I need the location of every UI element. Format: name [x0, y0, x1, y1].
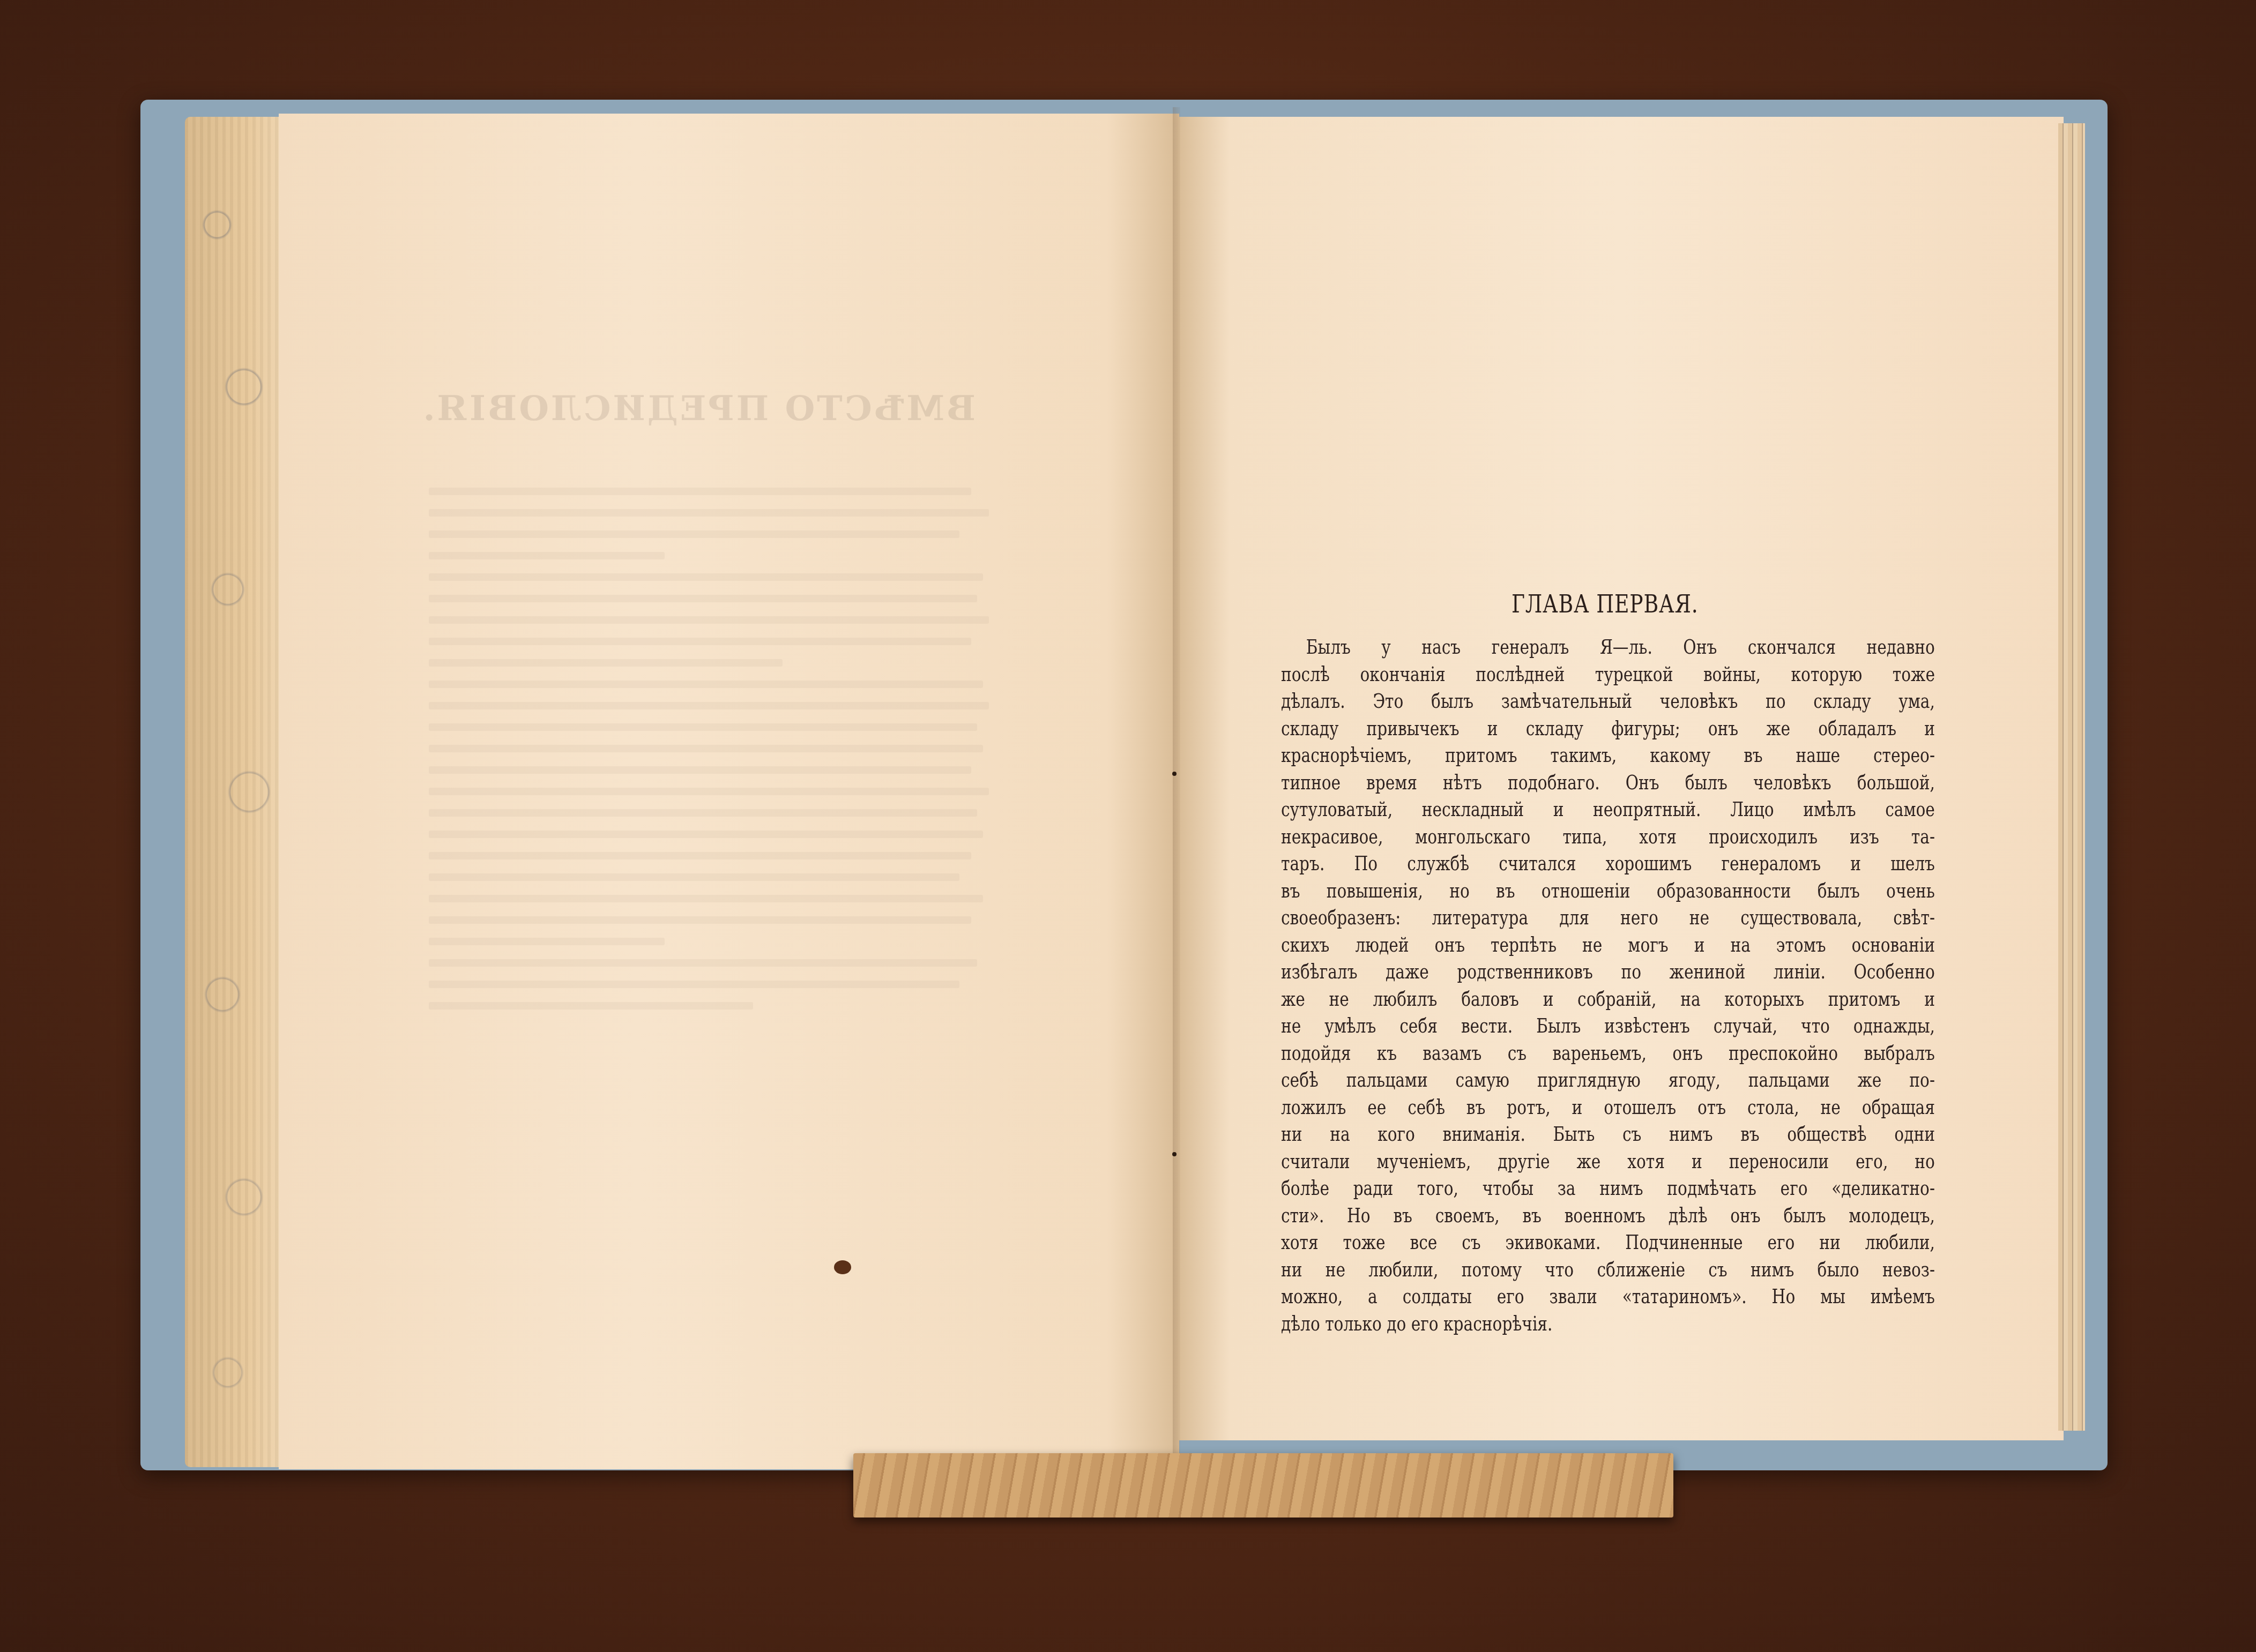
text-line: не умѣлъ себя вести. Былъ извѣстенъ случ…	[1281, 1012, 1935, 1040]
text-line: типное время нѣтъ подобнаго. Онъ былъ че…	[1281, 769, 1935, 796]
text-line: болѣе ради того, чтобы за нимъ подмѣчать…	[1281, 1175, 1935, 1202]
text-line: послѣ окончанія послѣдней турецкой войны…	[1281, 661, 1935, 688]
text-line: таръ. По службѣ считался хорошимъ генера…	[1281, 850, 1935, 877]
text-line: въ повышенія, но въ отношеніи образованн…	[1281, 877, 1935, 905]
text-line: складу привычекъ и складу фигуры; онъ же…	[1281, 715, 1935, 742]
text-line: краснорѣчіемъ, притомъ такимъ, какому въ…	[1281, 742, 1935, 769]
gutter-thread-mark	[1172, 772, 1177, 776]
text-line: дѣлалъ. Это былъ замѣчательный человѣкъ …	[1281, 687, 1935, 715]
text-line: Былъ у насъ генералъ Я—ль. Онъ скончался…	[1281, 633, 1935, 661]
text-line: хотя тоже все съ экивоками. Подчиненные …	[1281, 1229, 1935, 1256]
text-line: сутуловатый, нескладный и неопрятный. Ли…	[1281, 796, 1935, 823]
text-line: избѣгалъ даже родственниковъ по жениной …	[1281, 958, 1935, 985]
text-line: можно, а солдаты его звали «татариномъ».…	[1281, 1283, 1935, 1310]
text-line: же не любилъ баловъ и собраній, на котор…	[1281, 985, 1935, 1013]
text-line: скихъ людей онъ терпѣть не могъ и на это…	[1281, 931, 1935, 959]
chapter-title: ГЛАВА ПЕРВАЯ.	[1512, 589, 1699, 618]
text-line: дѣло только до его краснорѣчія.	[1281, 1310, 1935, 1337]
text-line: считали мученіемъ, другіе же хотя и пере…	[1281, 1148, 1935, 1175]
marbled-endpaper-edge	[185, 117, 292, 1467]
text-line: подойдя къ вазамъ съ вареньемъ, онъ прес…	[1281, 1040, 1935, 1067]
wooden-book-stand	[853, 1453, 1673, 1518]
book-gutter	[1173, 107, 1180, 1471]
page-edges	[2058, 123, 2085, 1431]
text-line: своеобразенъ: литература для него не сущ…	[1281, 904, 1935, 931]
show-through-title: ВМѢСТО ПРЕДИСЛОВІЯ.	[515, 388, 976, 429]
text-line: ложилъ ее себѣ въ ротъ, и отошелъ отъ ст…	[1281, 1094, 1935, 1121]
gutter-thread-mark	[1172, 1152, 1177, 1156]
text-line: некрасивое, монгольскаго типа, хотя прои…	[1281, 823, 1935, 850]
foxing-spot	[834, 1260, 851, 1274]
text-line: сти». Но въ своемъ, въ военномъ дѣлѣ онъ…	[1281, 1202, 1935, 1229]
text-line: ни не любили, потому что сближеніе съ ни…	[1281, 1256, 1935, 1283]
show-through-text-lines	[429, 488, 1018, 1023]
text-line: себѣ пальцами самую приглядную ягоду, па…	[1281, 1066, 1935, 1094]
page-body-text: Былъ у насъ генералъ Я—ль. Онъ скончался…	[1281, 633, 1935, 1337]
text-line: ни на кого вниманія. Быть съ нимъ въ общ…	[1281, 1120, 1935, 1148]
